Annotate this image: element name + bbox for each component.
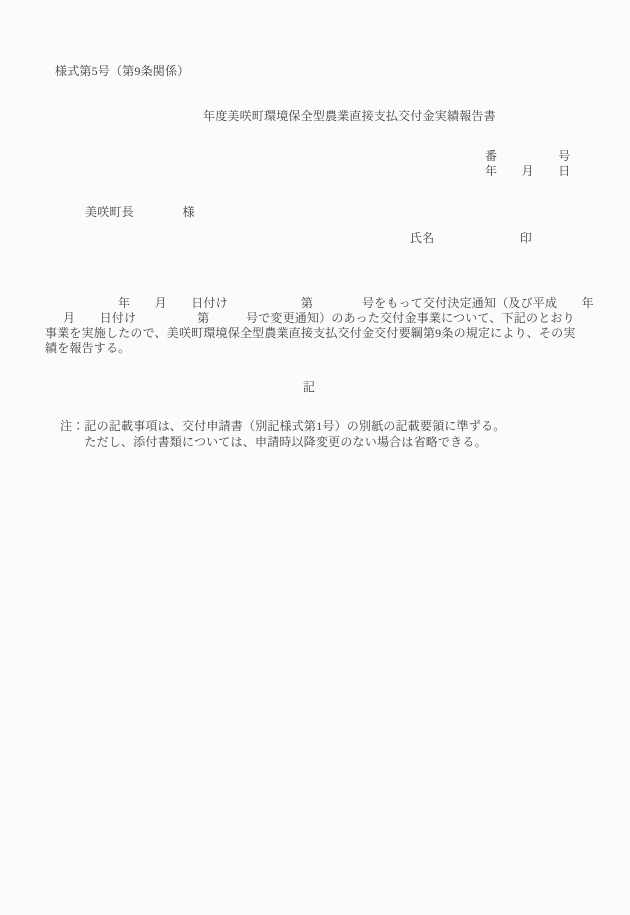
signature-name-line: 氏名 印 xyxy=(410,231,532,246)
document-page: 様式第5号（第9条関係） 年度美咲町環境保全型農業直接支払交付金実績報告書 番 … xyxy=(0,0,630,915)
note-line-2: ただし、添付書類については、申請時以降変更のない場合は省略できる。 xyxy=(60,435,487,450)
note-line-1: 注：記の記載事項は、交付申請書（別記様式第1号）の別紙の記載要領に準ずる。 xyxy=(60,419,505,434)
body-paragraph-line-2: 月 日付け 第 号で変更通知）のあった交付金事業について、下記のとおり xyxy=(63,311,575,326)
document-number-blank: 番 号 xyxy=(485,149,570,164)
body-paragraph-line-3: 事業を実施したので、美咲町環境保全型農業直接支払交付金交付要綱第9条の規定により… xyxy=(45,326,576,341)
addressee-line: 美咲町長 様 xyxy=(85,205,195,220)
body-paragraph-line-1: 年 月 日付け 第 号をもって交付決定通知（及び平成 年 xyxy=(118,296,594,311)
document-date-blank: 年 月 日 xyxy=(485,164,570,179)
document-title: 年度美咲町環境保全型農業直接支払交付金実績報告書 xyxy=(203,109,496,124)
body-paragraph-line-4: 績を報告する。 xyxy=(45,341,130,356)
record-heading: 記 xyxy=(303,380,315,395)
form-number: 様式第5号（第9条関係） xyxy=(55,64,189,79)
